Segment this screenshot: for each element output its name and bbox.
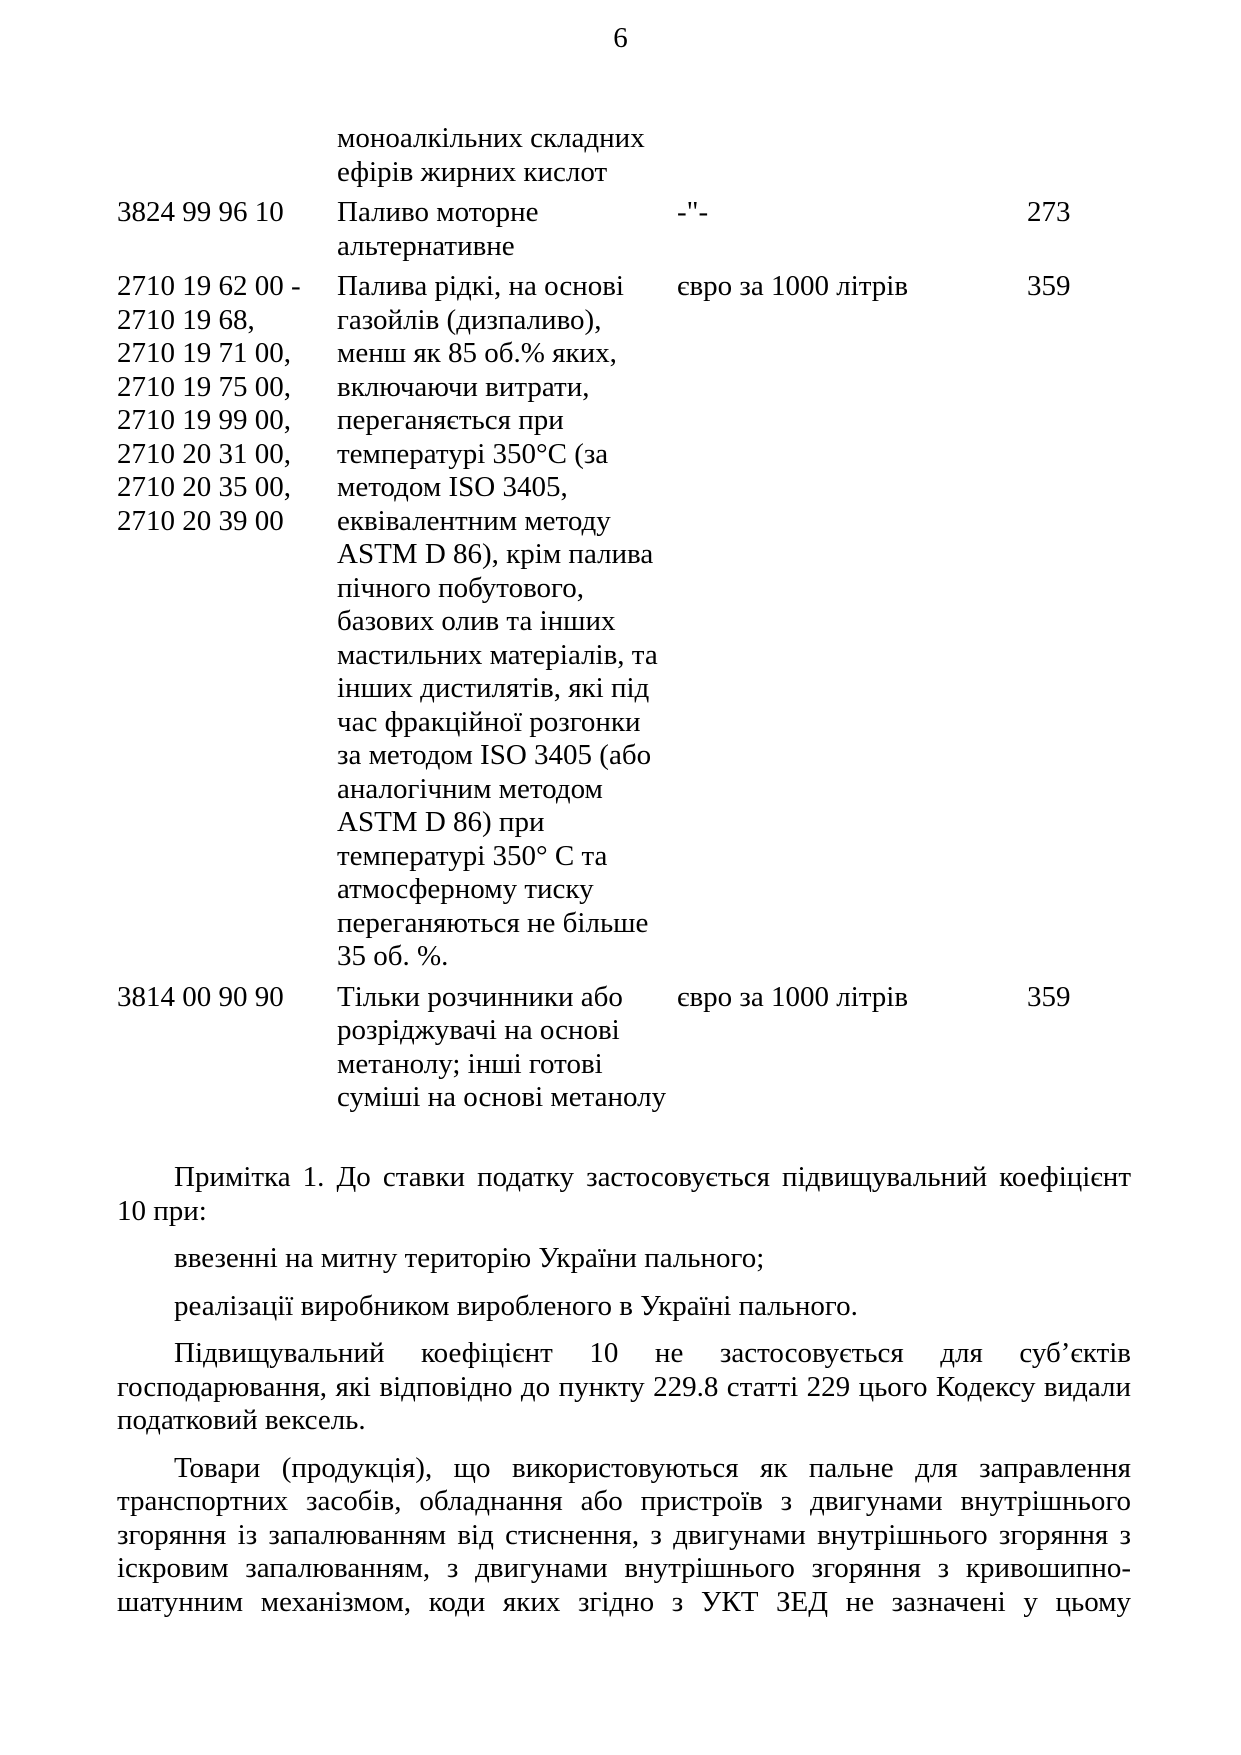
paragraph-line: шатунним механізмом, коди яких згідно з … bbox=[117, 1586, 1131, 1620]
description-cell: Палива рідкі, на основі газойлів (дизпал… bbox=[337, 270, 677, 974]
description-cell: Паливо моторне альтернативне bbox=[337, 196, 677, 263]
table-row: 3814 00 90 90Тільки розчинники або розрі… bbox=[117, 981, 1131, 1115]
code-cell bbox=[117, 122, 337, 156]
paragraph-line: Примітка 1. До ставки податку застосовує… bbox=[117, 1161, 1131, 1195]
rate-cell: 359 bbox=[1027, 270, 1131, 304]
code-cell: 3814 00 90 90 bbox=[117, 981, 337, 1015]
unit-cell: євро за 1000 літрів bbox=[677, 270, 1027, 304]
page-number: 6 bbox=[0, 22, 1241, 56]
unit-cell: євро за 1000 літрів bbox=[677, 981, 1027, 1015]
description-cell: моноалкільних складних ефірів жирних кис… bbox=[337, 122, 677, 189]
rate-cell bbox=[1027, 122, 1131, 156]
table-row: 2710 19 62 00 - 2710 19 68, 2710 19 71 0… bbox=[117, 270, 1131, 974]
description-cell: Тільки розчинники або розріджувачі на ос… bbox=[337, 981, 677, 1115]
paragraph-line: реалізації виробником виробленого в Укра… bbox=[117, 1290, 1131, 1324]
unit-cell bbox=[677, 122, 1027, 156]
paragraph: Товари (продукція), що використовуються … bbox=[117, 1452, 1131, 1620]
body-paragraphs: Примітка 1. До ставки податку застосовує… bbox=[117, 1161, 1131, 1633]
code-cell: 3824 99 96 10 bbox=[117, 196, 337, 230]
paragraph: реалізації виробником виробленого в Укра… bbox=[117, 1290, 1131, 1324]
unit-cell: -"- bbox=[677, 196, 1027, 230]
paragraph-line: податковий вексель. bbox=[117, 1404, 1131, 1438]
document-page: 6 моноалкільних складних ефірів жирних к… bbox=[0, 0, 1241, 1755]
paragraph-line: згоряння із запалюванням від стиснення, … bbox=[117, 1519, 1131, 1553]
paragraph-line: Товари (продукція), що використовуються … bbox=[117, 1452, 1131, 1486]
paragraph-line: ввезенні на митну територію України паль… bbox=[117, 1242, 1131, 1276]
excise-rates-table: моноалкільних складних ефірів жирних кис… bbox=[117, 122, 1131, 1115]
paragraph-line: Підвищувальний коефіцієнт 10 не застосов… bbox=[117, 1337, 1131, 1371]
paragraph: Підвищувальний коефіцієнт 10 не застосов… bbox=[117, 1337, 1131, 1438]
rate-cell: 359 bbox=[1027, 981, 1131, 1015]
paragraph-line: транспортних засобів, обладнання або при… bbox=[117, 1485, 1131, 1519]
paragraph-line: господарювання, які відповідно до пункту… bbox=[117, 1371, 1131, 1405]
paragraph: ввезенні на митну територію України паль… bbox=[117, 1242, 1131, 1276]
paragraph: Примітка 1. До ставки податку застосовує… bbox=[117, 1161, 1131, 1228]
code-cell: 2710 19 62 00 - 2710 19 68, 2710 19 71 0… bbox=[117, 270, 337, 538]
paragraph-line: іскровим запалюванням, з двигунами внутр… bbox=[117, 1552, 1131, 1586]
rate-cell: 273 bbox=[1027, 196, 1131, 230]
paragraph-line: 10 при: bbox=[117, 1195, 1131, 1229]
table-row: моноалкільних складних ефірів жирних кис… bbox=[117, 122, 1131, 189]
table-row: 3824 99 96 10Паливо моторне альтернативн… bbox=[117, 196, 1131, 263]
